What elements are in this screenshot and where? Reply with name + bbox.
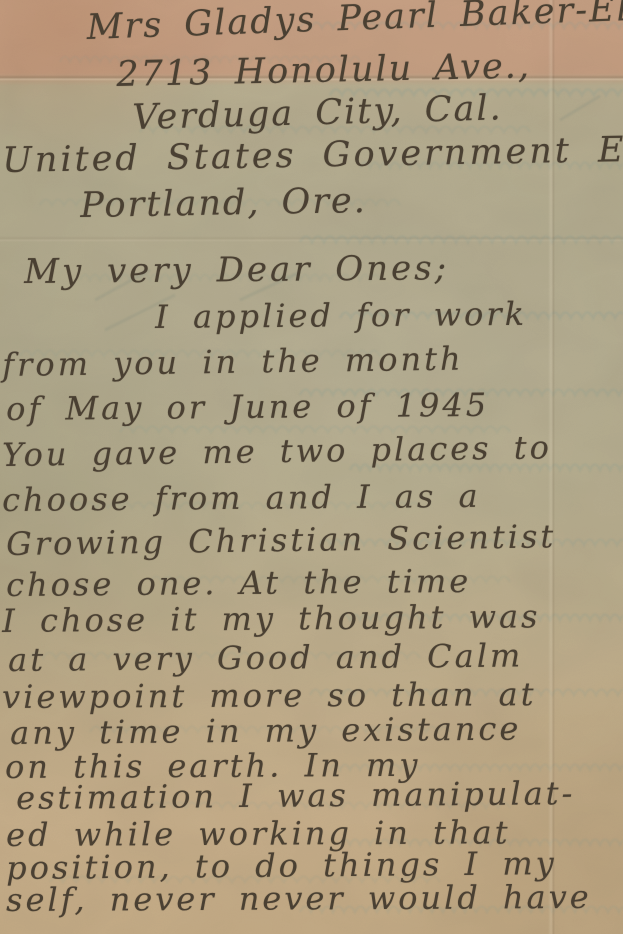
fold-crease-vertical [548,0,555,934]
body-line: choose from and I as a [2,477,481,519]
body-line: on this earth. In my [5,746,421,786]
header-line-name: Mrs Gladys Pearl Baker-Eley [86,0,623,48]
body-line: You gave me two places to [2,428,552,474]
body-line: I chose it my thought was [2,597,541,640]
body-line: Growing Christian Scientist [6,517,556,563]
body-line: position, to do things I my [6,844,557,887]
body-line: viewpoint more so than at [2,675,537,716]
letter-page: Mrs Gladys Pearl Baker-Eley 2713 Honolul… [0,0,623,934]
fold-crease-horizontal [0,75,623,81]
header-line-city: Verduga City, Cal. [132,88,503,138]
letter-text: Mrs Gladys Pearl Baker-Eley 2713 Honolul… [0,0,623,934]
body-line: I applied for work [155,295,527,336]
body-line: chose one. At the time [6,562,471,604]
body-line: self, never never would have [6,878,592,919]
body-line: from you in the month [2,340,464,384]
salutation-line: My very Dear Ones; [24,248,449,292]
header-line-street: 2713 Honolulu Ave., [116,46,531,95]
header-line-portland: Portland, Ore. [80,181,367,226]
body-line: of May or June of 1945 [6,386,489,428]
header-line-employer: United States Government Employ [2,128,623,181]
body-line: any time in my existance [10,710,521,752]
paper-grain-texture [0,0,623,934]
ink-bleedthrough-layer [0,0,623,934]
body-line: ed while working in that [6,813,511,854]
body-line: estimation I was manipulat- [16,774,576,817]
fold-crease-horizontal-faint [0,236,623,242]
body-line: at a very Good and Calm [8,637,523,679]
